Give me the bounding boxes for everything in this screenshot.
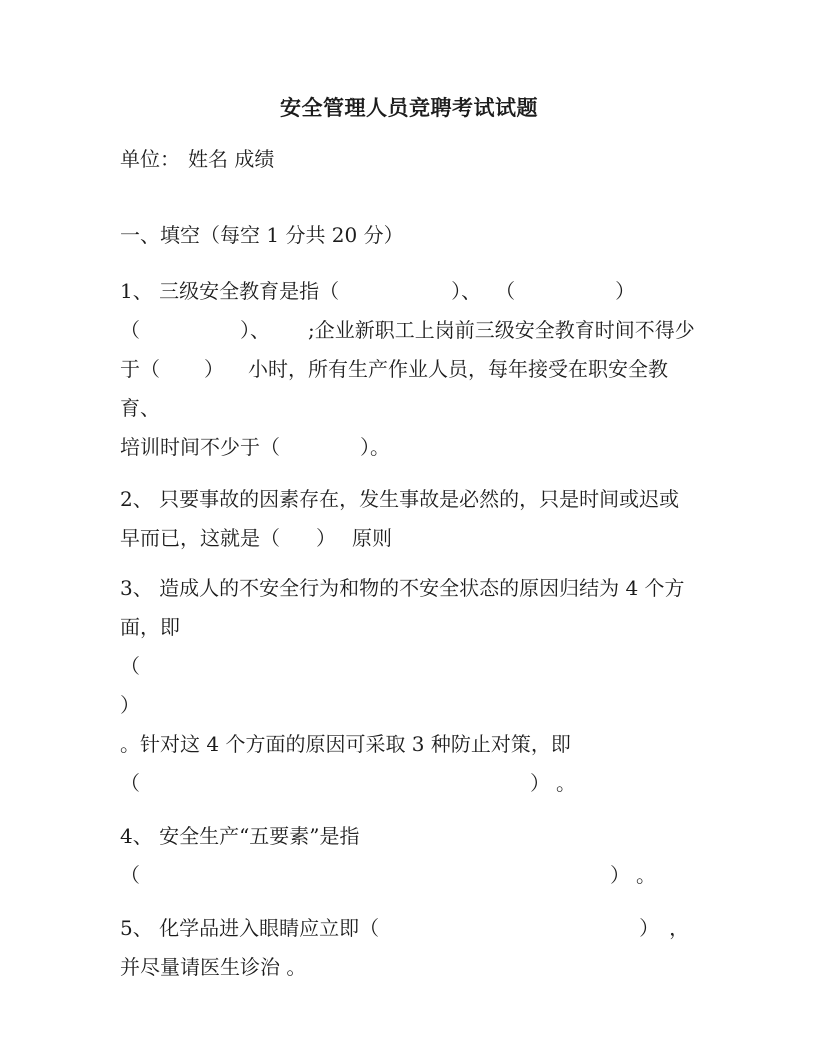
text-run: 。针对这 4 个方面的原因可采取 3 种防止对策，即 (120, 732, 571, 756)
text-line: 。针对这 4 个方面的原因可采取 3 种防止对策，即 (120, 725, 698, 764)
text-run: ， (669, 916, 689, 940)
text-run: （ (120, 654, 140, 678)
answer-blank (140, 672, 690, 673)
text-run: ;企业新职工上岗前三级安全教育时间不得少 (308, 318, 695, 342)
text-line: （）。 (120, 856, 698, 895)
text-run: 并尽量请医生诊治 。 (120, 955, 306, 979)
text-line: 培训时间不少于（）。 (120, 428, 698, 467)
text-run: 姓名 成绩 (188, 147, 274, 171)
text-run: 一、填空（每空 1 分共 20 分） (120, 223, 404, 247)
answer-blank (140, 881, 610, 882)
question-5: 5、 化学品进入眼睛应立即（），并尽量请医生诊治 。 (120, 909, 698, 987)
text-line: 并尽量请医生诊治 。 (120, 948, 698, 987)
answer-blank (140, 336, 240, 337)
question-4: 4、 安全生产“五要素”是指（）。 (120, 817, 698, 895)
question-2: 2、 只要事故的因素存在，发生事故是必然的，只是时间或迟或早而已，这就是（）原则 (120, 480, 698, 558)
answer-blank (270, 336, 308, 337)
question-3: 3、 造成人的不安全行为和物的不安全状态的原因归结为 4 个方面，即（）。针对这… (120, 569, 698, 803)
text-run: 。 (636, 863, 656, 887)
text-line: 1、 三级安全教育是指（）、（） (120, 272, 698, 311)
text-line: 早而已，这就是（）原则 (120, 519, 698, 558)
text-line: 5、 化学品进入眼睛应立即（）， (120, 909, 698, 948)
text-run: ） (610, 863, 630, 887)
text-run: ）、 (451, 279, 481, 303)
text-run: 4、 安全生产“五要素”是指 (120, 824, 360, 848)
text-run: 单位： (120, 147, 180, 171)
text-line: 于（）小时，所有生产作业人员，每年接受在职安全教育、 (120, 350, 698, 428)
answer-blank (140, 789, 530, 790)
text-run: ） (530, 771, 550, 795)
text-line: （）。 (120, 764, 698, 803)
text-line: 4、 安全生产“五要素”是指 (120, 817, 698, 856)
text-run: 3、 造成人的不安全行为和物的不安全状态的原因归结为 4 个方 (120, 576, 685, 600)
text-run: 2、 只要事故的因素存在，发生事故是必然的，只是时间或迟或 (120, 487, 679, 511)
text-run: 小时，所有生产作业人员，每年接受在职安全教育、 (120, 357, 668, 420)
document-page: 安全管理人员竞聘考试试题 单位：姓名 成绩一、填空（每空 1 分共 20 分）1… (0, 0, 816, 1056)
question-1: 1、 三级安全教育是指（）、（）（）、;企业新职工上岗前三级安全教育时间不得少于… (120, 272, 698, 467)
text-line: 3、 造成人的不安全行为和物的不安全状态的原因归结为 4 个方 (120, 569, 698, 608)
answer-blank (379, 934, 639, 935)
answer-blank (280, 544, 316, 545)
text-run: 1、 三级安全教育是指（ (120, 279, 339, 303)
answer-blank (224, 375, 248, 376)
text-run: （ (120, 771, 140, 795)
answer-blank (160, 375, 204, 376)
text-run: ） (316, 526, 336, 550)
section-1-heading: 一、填空（每空 1 分共 20 分） (120, 216, 698, 255)
text-run: ）、 (240, 318, 270, 342)
text-run: （ (120, 863, 140, 887)
document-blocks: 单位：姓名 成绩一、填空（每空 1 分共 20 分）1、 三级安全教育是指（）、… (120, 140, 698, 987)
document-title: 安全管理人员竞聘考试试题 (120, 88, 698, 127)
text-line: 2、 只要事故的因素存在，发生事故是必然的，只是时间或迟或 (120, 480, 698, 519)
answer-blank (339, 297, 451, 298)
answer-blank (659, 934, 669, 935)
text-run: 早而已，这就是（ (120, 526, 280, 550)
text-line: （） (120, 647, 698, 725)
text-line: 单位：姓名 成绩 (120, 140, 698, 179)
text-run: ） (204, 357, 224, 381)
answer-blank (336, 544, 352, 545)
answer-blank (515, 297, 615, 298)
text-run: 。 (556, 771, 576, 795)
text-run: （ (495, 279, 515, 303)
text-line: 一、填空（每空 1 分共 20 分） (120, 216, 698, 255)
text-line: 面，即 (120, 608, 698, 647)
text-run: 面，即 (120, 615, 180, 639)
text-run: 培训时间不少于（ (120, 435, 280, 459)
text-run: 于（ (120, 357, 160, 381)
text-run: ） (615, 279, 635, 303)
answer-blank (280, 453, 360, 454)
text-line: （）、;企业新职工上岗前三级安全教育时间不得少 (120, 311, 698, 350)
answer-blank (180, 165, 188, 166)
text-run: ） (639, 916, 659, 940)
text-run: 5、 化学品进入眼睛应立即（ (120, 916, 379, 940)
text-run: ） (120, 693, 140, 717)
answer-blank (481, 297, 495, 298)
unit-name-score-line: 单位：姓名 成绩 (120, 140, 698, 179)
text-run: 原则 (352, 526, 392, 550)
text-run: （ (120, 318, 140, 342)
text-run: ）。 (360, 435, 390, 459)
